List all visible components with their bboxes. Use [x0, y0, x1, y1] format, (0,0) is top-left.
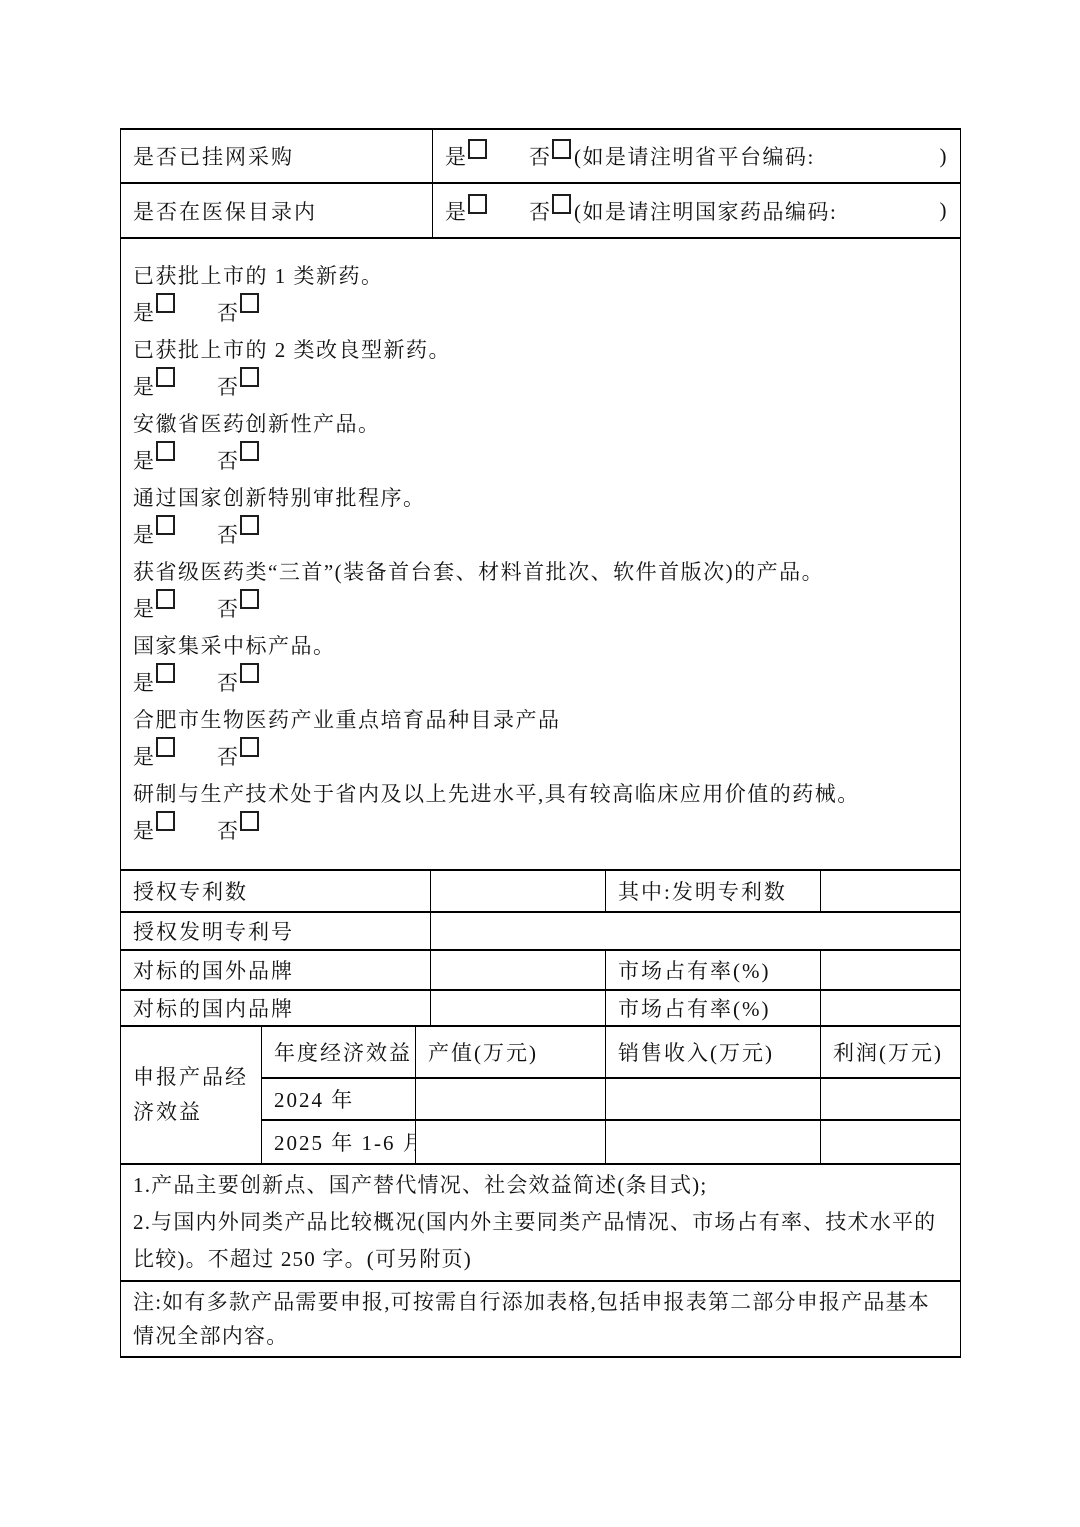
questions-cell: 已获批上市的 1 类新药。 是否 已获批上市的 2 类改良型新药。 是否 安徽省… — [121, 238, 961, 870]
no-label: 否 — [217, 301, 240, 325]
medicare-listed-label: 是否在医保目录内 — [121, 183, 433, 238]
question-text: 研制与生产技术处于省内及以上先进水平,具有较高临床应用价值的药械。 — [133, 776, 948, 813]
application-form: 是否已挂网采购 是 否 (如是请注明省平台编码: ) 是否在医保目录内 是 — [120, 128, 960, 1358]
drug-code-note: (如是请注明国家药品编码: — [574, 196, 837, 226]
granted-patents-label: 授权专利数 — [121, 870, 431, 912]
yes-label: 是 — [445, 141, 468, 171]
document-page: 是否已挂网采购 是 否 (如是请注明省平台编码: ) 是否在医保目录内 是 — [0, 0, 1080, 1527]
platform-code-note: (如是请注明省平台编码: — [574, 141, 815, 171]
platform-code-blank[interactable] — [815, 143, 937, 169]
question-text: 合肥市生物医药产业重点培育品种目录产品 — [133, 702, 948, 739]
invention-patents-value-cell[interactable] — [821, 870, 961, 912]
question-8-no-checkbox[interactable] — [240, 811, 259, 831]
sales-2025-cell[interactable] — [606, 1120, 821, 1164]
table-row: 对标的国内品牌 市场占有率(%) — [121, 990, 961, 1026]
question-text: 国家集采中标产品。 — [133, 628, 948, 665]
year-2025-label: 2025 年 1-6 月 — [262, 1120, 416, 1164]
yes-label: 是 — [133, 819, 156, 843]
drug-code-blank[interactable] — [837, 198, 936, 224]
procurement-yes-no-cell: 是 否 (如是请注明省平台编码: ) — [433, 129, 961, 183]
procurement-no-checkbox[interactable] — [552, 139, 571, 159]
foreign-brand-label: 对标的国外品牌 — [121, 950, 431, 990]
no-label: 否 — [217, 523, 240, 547]
output-2025-cell[interactable] — [416, 1120, 606, 1164]
procurement-listed-label: 是否已挂网采购 — [121, 129, 433, 183]
table-row: 授权发明专利号 — [121, 912, 961, 950]
question-5-yes-checkbox[interactable] — [156, 589, 175, 609]
yes-label: 是 — [445, 196, 468, 226]
medicare-yes-checkbox[interactable] — [468, 194, 487, 214]
table-row: 注:如有多款产品需要申报,可按需自行添加表格,包括申报表第二部分申报产品基本情况… — [121, 1281, 961, 1357]
table-row: 申报产品经济效益 年度经济效益 产值(万元) 销售收入(万元) 利润(万元) — [121, 1026, 961, 1078]
economic-benefit-section: 申报产品经济效益 年度经济效益 产值(万元) 销售收入(万元) 利润(万元) 2… — [120, 1025, 961, 1165]
granted-patents-value-cell[interactable] — [431, 870, 606, 912]
question-1-yes-checkbox[interactable] — [156, 293, 175, 313]
yes-label: 是 — [133, 523, 156, 547]
no-label: 否 — [217, 745, 240, 769]
question-6-no-checkbox[interactable] — [240, 663, 259, 683]
output-col-label: 产值(万元) — [416, 1026, 606, 1078]
question-7-no-checkbox[interactable] — [240, 737, 259, 757]
invention-patent-no-value-cell[interactable] — [431, 912, 961, 950]
yes-label: 是 — [133, 745, 156, 769]
procurement-yes-checkbox[interactable] — [468, 139, 487, 159]
yes-label: 是 — [133, 671, 156, 695]
table-row: 是否在医保目录内 是 否 (如是请注明国家药品编码: ) — [121, 183, 961, 238]
question-5-no-checkbox[interactable] — [240, 589, 259, 609]
question-8-yes-checkbox[interactable] — [156, 811, 175, 831]
invention-patent-no-label: 授权发明专利号 — [121, 912, 431, 950]
table-row: 1.产品主要创新点、国产替代情况、社会效益简述(条目式); 2.与国内外同类产品… — [121, 1164, 961, 1281]
annual-benefit-col-label: 年度经济效益 — [262, 1026, 416, 1078]
yes-label: 是 — [133, 597, 156, 621]
output-2024-cell[interactable] — [416, 1078, 606, 1120]
foreign-market-share-value-cell[interactable] — [821, 950, 961, 990]
invention-patents-label: 其中:发明专利数 — [606, 870, 821, 912]
year-2024-label: 2024 年 — [262, 1078, 416, 1120]
medicare-no-checkbox[interactable] — [552, 194, 571, 214]
domestic-market-share-value-cell[interactable] — [821, 990, 961, 1026]
yes-label: 是 — [133, 449, 156, 473]
sales-2024-cell[interactable] — [606, 1078, 821, 1120]
question-3-yes-checkbox[interactable] — [156, 441, 175, 461]
listing-status-section: 是否已挂网采购 是 否 (如是请注明省平台编码: ) 是否在医保目录内 是 — [120, 128, 961, 239]
question-4-no-checkbox[interactable] — [240, 515, 259, 535]
medicare-yes-no-cell: 是 否 (如是请注明国家药品编码: ) — [433, 183, 961, 238]
comparison-item: 2.与国内外同类产品比较概况(国内外主要同类产品情况、市场占有率、技术水平的比较… — [133, 1204, 948, 1278]
innovation-item: 1.产品主要创新点、国产替代情况、社会效益简述(条目式); — [133, 1167, 948, 1204]
question-2-no-checkbox[interactable] — [240, 367, 259, 387]
domestic-brand-label: 对标的国内品牌 — [121, 990, 431, 1026]
no-label: 否 — [217, 375, 240, 399]
profit-col-label: 利润(万元) — [821, 1026, 961, 1078]
notes-section: 1.产品主要创新点、国产替代情况、社会效益简述(条目式); 2.与国内外同类产品… — [120, 1163, 961, 1358]
profit-2024-cell[interactable] — [821, 1078, 961, 1120]
yes-label: 是 — [133, 375, 156, 399]
table-row: 对标的国外品牌 市场占有率(%) — [121, 950, 961, 990]
close-paren: ) — [940, 144, 949, 169]
close-paren: ) — [940, 198, 949, 223]
question-text: 已获批上市的 2 类改良型新药。 — [133, 332, 948, 369]
no-label: 否 — [217, 671, 240, 695]
question-2-yes-checkbox[interactable] — [156, 367, 175, 387]
foreign-brand-value-cell[interactable] — [431, 950, 606, 990]
no-label: 否 — [217, 597, 240, 621]
question-1-no-checkbox[interactable] — [240, 293, 259, 313]
no-label: 否 — [529, 141, 552, 171]
table-row: 已获批上市的 1 类新药。 是否 已获批上市的 2 类改良型新药。 是否 安徽省… — [121, 238, 961, 870]
table-row: 是否已挂网采购 是 否 (如是请注明省平台编码: ) — [121, 129, 961, 183]
question-text: 安徽省医药创新性产品。 — [133, 406, 948, 443]
question-7-yes-checkbox[interactable] — [156, 737, 175, 757]
question-6-yes-checkbox[interactable] — [156, 663, 175, 683]
remark-text: 注:如有多款产品需要申报,可按需自行添加表格,包括申报表第二部分申报产品基本情况… — [133, 1285, 948, 1353]
profit-2025-cell[interactable] — [821, 1120, 961, 1164]
description-items-cell[interactable]: 1.产品主要创新点、国产替代情况、社会效益简述(条目式); 2.与国内外同类产品… — [121, 1164, 961, 1281]
remark-cell: 注:如有多款产品需要申报,可按需自行添加表格,包括申报表第二部分申报产品基本情况… — [121, 1281, 961, 1357]
question-text: 已获批上市的 1 类新药。 — [133, 258, 948, 295]
no-label: 否 — [217, 819, 240, 843]
table-row: 授权专利数 其中:发明专利数 — [121, 870, 961, 912]
no-label: 否 — [529, 196, 552, 226]
economic-benefit-row-header: 申报产品经济效益 — [121, 1026, 262, 1164]
domestic-brand-value-cell[interactable] — [431, 990, 606, 1026]
domestic-market-share-label: 市场占有率(%) — [606, 990, 821, 1026]
sales-col-label: 销售收入(万元) — [606, 1026, 821, 1078]
patent-brand-section: 授权专利数 其中:发明专利数 授权发明专利号 对标的国外品牌 市场占有率(%) … — [120, 869, 961, 1027]
foreign-market-share-label: 市场占有率(%) — [606, 950, 821, 990]
question-text: 通过国家创新特别审批程序。 — [133, 480, 948, 517]
qualification-questions-section: 已获批上市的 1 类新药。 是否 已获批上市的 2 类改良型新药。 是否 安徽省… — [120, 237, 961, 871]
question-3-no-checkbox[interactable] — [240, 441, 259, 461]
no-label: 否 — [217, 449, 240, 473]
yes-label: 是 — [133, 301, 156, 325]
question-4-yes-checkbox[interactable] — [156, 515, 175, 535]
question-text: 获省级医药类“三首”(装备首台套、材料首批次、软件首版次)的产品。 — [133, 554, 948, 591]
